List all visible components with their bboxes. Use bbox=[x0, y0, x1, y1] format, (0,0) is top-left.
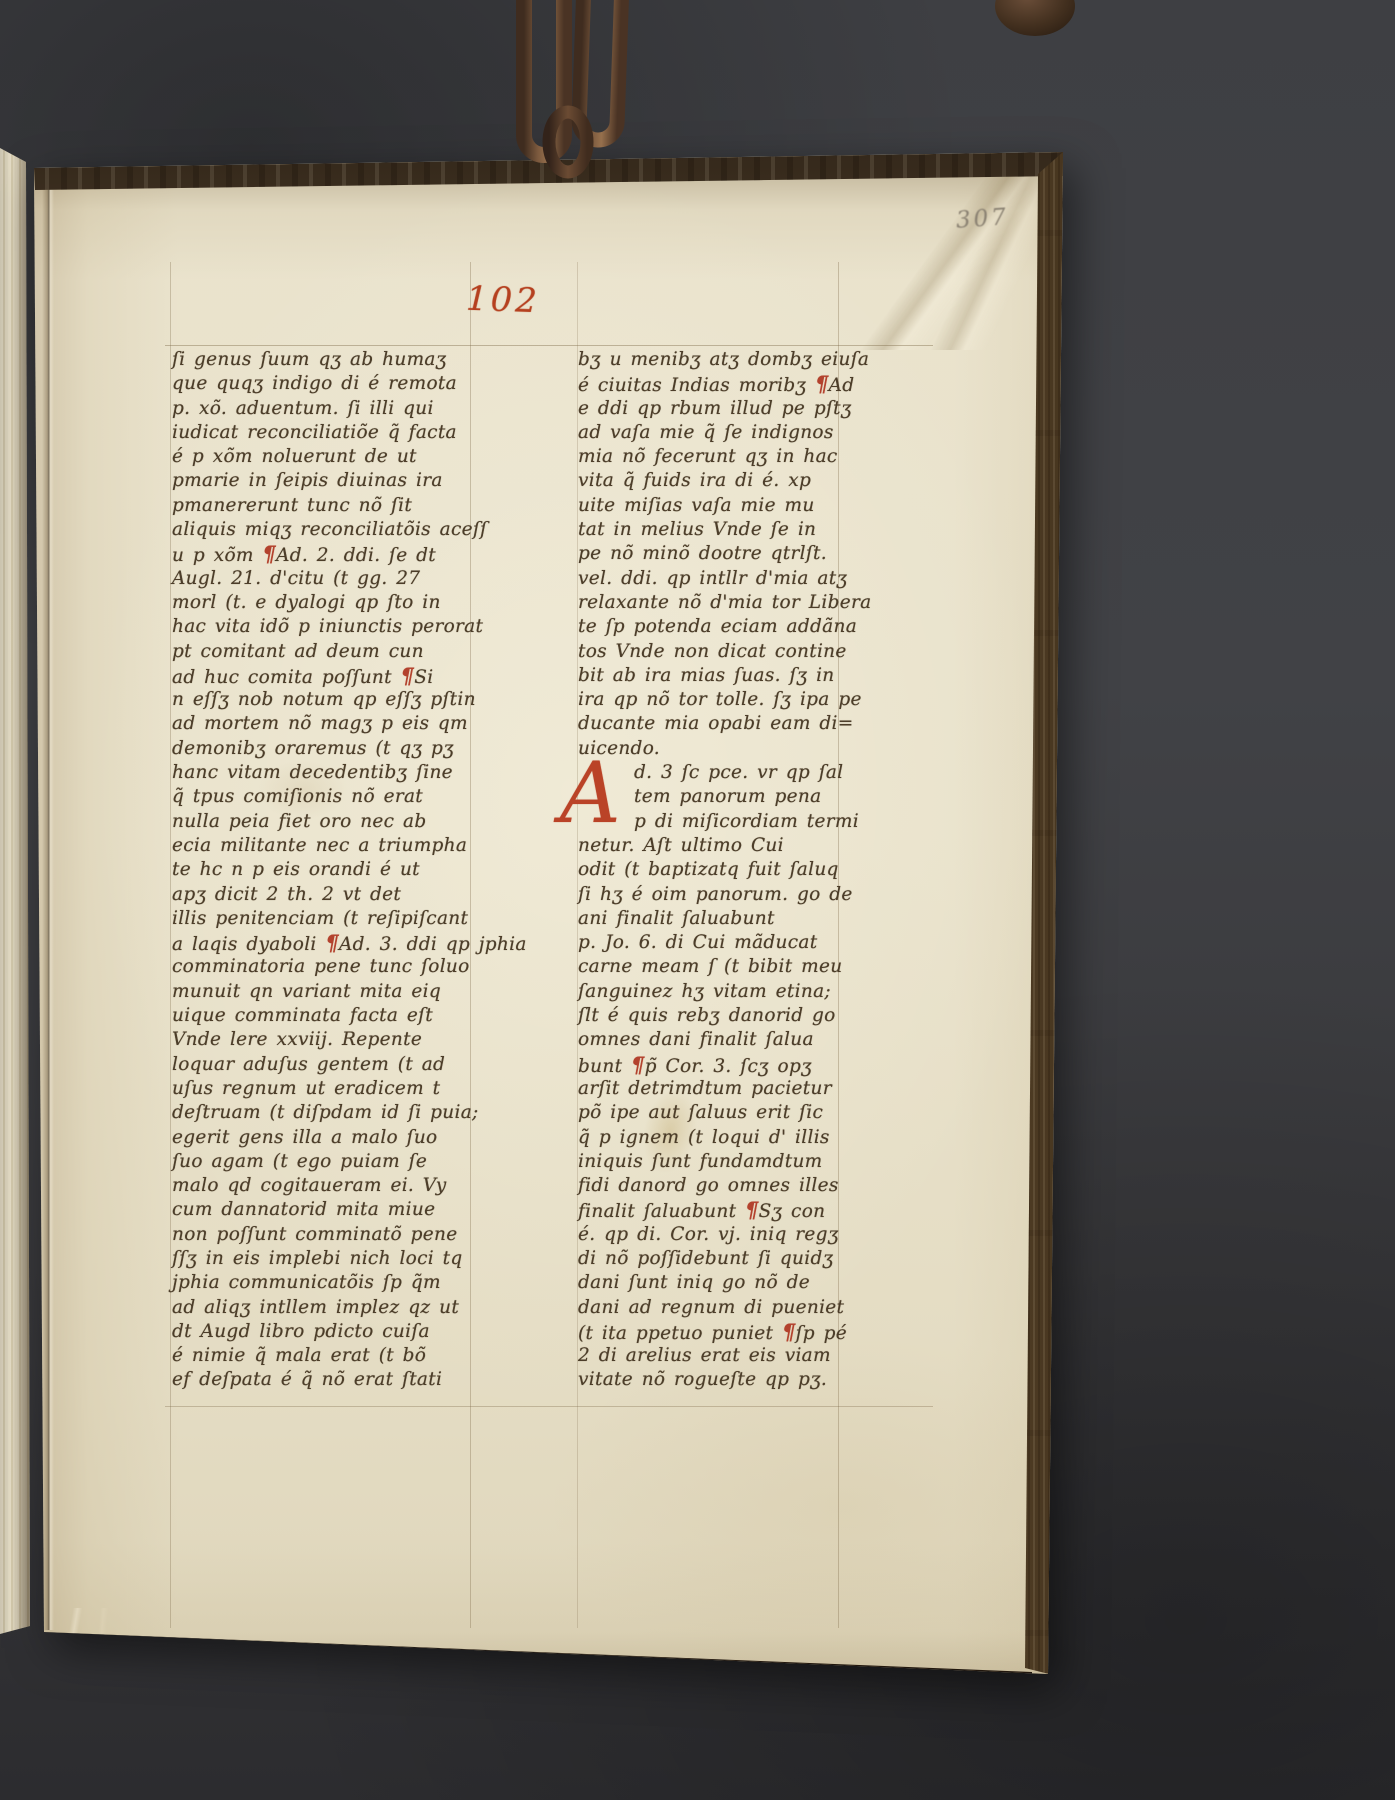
text-line: vitate nõ rogueſte qp pʒ. bbox=[578, 1368, 908, 1392]
handwritten-text: dt Augd libro pdicto cuiſa bbox=[172, 1321, 430, 1342]
text-line: dani ſunt iniq go nõ de bbox=[578, 1271, 908, 1295]
text-line: tos Vnde non dicat contine bbox=[578, 640, 908, 664]
handwritten-text: arſit detrimdtum pacietur bbox=[578, 1078, 832, 1099]
text-line: q̃ tpus comiſionis nõ erat bbox=[172, 785, 502, 809]
text-line: demonibʒ oraremus (t qʒ pʒ bbox=[172, 737, 502, 761]
handwritten-text: ad vaſa mie q̃ ſe indignos bbox=[578, 422, 834, 443]
handwritten-text: odit (t baptizatq fuit ſaluq bbox=[578, 859, 839, 880]
pilcrow-icon: ¶ bbox=[262, 541, 276, 566]
handwritten-text: n eſſʒ nob notum qp eſſʒ pſtin bbox=[172, 689, 476, 710]
text-line: põ ipe aut ſaluus erit ſic bbox=[578, 1101, 908, 1125]
text-line: é. qp di. Cor. vj. iniq regʒ bbox=[578, 1223, 908, 1247]
parchment-page: 102 307 ſi genus ſuum qʒ ab humaʒque quq… bbox=[28, 140, 1073, 1692]
text-line: uſus regnum ut eradicem t bbox=[172, 1077, 502, 1101]
handwritten-text: te hc n p eis orandi é ut bbox=[172, 859, 420, 880]
handwritten-text: ſſʒ in eis implebi nich loci tq bbox=[172, 1248, 463, 1269]
handwritten-text: morl (t. e dyalogi qp ſto in bbox=[172, 592, 441, 613]
text-line: ſuo agam (t ego puiam ſe bbox=[172, 1150, 502, 1174]
handwritten-text: malo qd cogitaueram ei. Vy bbox=[172, 1175, 446, 1196]
ruling-line-horizontal bbox=[165, 345, 933, 346]
text-line: malo qd cogitaueram ei. Vy bbox=[172, 1174, 502, 1198]
pencil-folio-number: 307 bbox=[955, 204, 1010, 234]
text-line: d. 3 ſc pce. vr qp ſal bbox=[634, 761, 908, 785]
handwritten-text: omnes dani finalit ſalua bbox=[578, 1029, 814, 1050]
text-line: uicendo. bbox=[578, 737, 908, 761]
handwritten-text: hac vita idõ p iniunctis perorat bbox=[172, 616, 483, 637]
text-line: p di miſicordiam termi bbox=[634, 810, 908, 834]
text-line: ſi hʒ é oim panorum. go de bbox=[578, 883, 908, 907]
handwritten-text: ira qp nõ tor tolle. ſʒ ipa pe bbox=[578, 689, 862, 710]
handwritten-text: 2 di arelius erat eis viam bbox=[578, 1345, 831, 1366]
handwritten-text: fidi danord go omnes illes bbox=[578, 1175, 839, 1196]
text-line: ad huc comita poſſunt ¶Si bbox=[172, 664, 502, 688]
text-line: arſit detrimdtum pacietur bbox=[578, 1077, 908, 1101]
handwritten-text: nulla peia fiet oro nec ab bbox=[172, 811, 427, 832]
text-line: bit ab ira mias ſuas. ſʒ in bbox=[578, 664, 908, 688]
handwritten-text: Augl. 21. d'citu (t gg. 27 bbox=[172, 568, 420, 589]
rubric-initial: A bbox=[560, 749, 621, 837]
handwritten-text: te ſp potenda eciam addãna bbox=[578, 616, 857, 637]
text-line: dt Augd libro pdicto cuiſa bbox=[172, 1320, 502, 1344]
text-line: egerit gens illa a malo ſuo bbox=[172, 1126, 502, 1150]
handwritten-text: ſi genus ſuum qʒ ab humaʒ bbox=[172, 349, 447, 370]
text-line: hac vita idõ p iniunctis perorat bbox=[172, 615, 502, 639]
handwritten-text: di nõ poſſidebunt ſi quidʒ bbox=[578, 1248, 833, 1269]
handwritten-text: a laqis dyaboli bbox=[172, 934, 325, 955]
handwritten-text: deſtruam (t diſpdam id ſi puia; bbox=[172, 1102, 479, 1123]
text-column-right: A bʒ u menibʒ atʒ dombʒ eiuſaé ciuitas I… bbox=[578, 348, 908, 1393]
handwritten-text: vitate nõ rogueſte qp pʒ. bbox=[578, 1369, 827, 1390]
handwritten-text: bʒ u menibʒ atʒ dombʒ eiuſa bbox=[578, 349, 869, 370]
manuscript-photo: { "photo": { "background_color": "#3a3b3… bbox=[0, 0, 1395, 1800]
handwritten-text: tos Vnde non dicat contine bbox=[578, 641, 847, 662]
handwritten-text: cum dannatorid mita miue bbox=[172, 1199, 435, 1220]
text-line: ſi genus ſuum qʒ ab humaʒ bbox=[172, 348, 502, 372]
handwritten-text: loquar aduſus gentem (t ad bbox=[172, 1054, 445, 1075]
handwritten-text: ef deſpata é q̃ nõ erat ſtati bbox=[172, 1369, 442, 1390]
handwritten-text: pmarie in ſeipis diuinas ira bbox=[172, 470, 443, 491]
text-line: que quqʒ indigo di é remota bbox=[172, 372, 502, 396]
gutter-crease bbox=[42, 180, 54, 1630]
text-line: uique comminata facta eſt bbox=[172, 1004, 502, 1028]
handwritten-text: ſp pé bbox=[796, 1323, 847, 1344]
handwritten-text: dani ad regnum di pueniet bbox=[578, 1297, 844, 1318]
handwritten-text: relaxante nõ d'mia tor Libera bbox=[578, 592, 871, 613]
handwritten-text: pt comitant ad deum cun bbox=[172, 641, 424, 662]
handwritten-text: aliquis miqʒ reconciliatõis aceſſ bbox=[172, 519, 487, 540]
text-line: jphia communicatõis ſp q̃m bbox=[172, 1271, 502, 1295]
text-column-left: ſi genus ſuum qʒ ab humaʒque quqʒ indigo… bbox=[172, 348, 502, 1393]
text-line: ad aliqʒ intllem implez qz ut bbox=[172, 1296, 502, 1320]
text-line: non poſſunt comminatõ pene bbox=[172, 1223, 502, 1247]
text-line: morl (t. e dyalogi qp ſto in bbox=[172, 591, 502, 615]
text-line: Vnde lere xxviij. Repente bbox=[172, 1028, 502, 1052]
handwritten-text: pe nõ minõ dootre qtrlſt. bbox=[578, 543, 827, 564]
text-line: tat in melius Vnde ſe in bbox=[578, 518, 908, 542]
text-line: (t ita ppetuo puniet ¶ſp pé bbox=[578, 1320, 908, 1344]
text-line: vita q̃ fuids ira di é. xp bbox=[578, 469, 908, 493]
pilcrow-icon: ¶ bbox=[401, 663, 415, 688]
ruling-line-vertical bbox=[170, 262, 171, 1628]
handwritten-text: hanc vitam decedentibʒ ſine bbox=[172, 762, 453, 783]
pilcrow-icon: ¶ bbox=[325, 930, 339, 955]
clasp-icon bbox=[985, 0, 1095, 48]
text-line: omnes dani finalit ſalua bbox=[578, 1028, 908, 1052]
handwritten-text: e ddi qp rbum illud pe pſtʒ bbox=[578, 398, 852, 419]
handwritten-text: p. Jo. 6. di Cui mãducat bbox=[578, 932, 818, 953]
handwritten-text: non poſſunt comminatõ pene bbox=[172, 1224, 458, 1245]
handwritten-text: ſi hʒ é oim panorum. go de bbox=[578, 884, 853, 905]
handwritten-text: pmanererunt tunc nõ ſit bbox=[172, 495, 412, 516]
handwritten-text: Ad. 2. ddi. ſe dt bbox=[276, 545, 436, 566]
text-line: tem panorum pena bbox=[634, 785, 908, 809]
text-line: netur. Aſt ultimo Cui bbox=[578, 834, 908, 858]
text-line: pmarie in ſeipis diuinas ira bbox=[172, 469, 502, 493]
ruling-line-horizontal bbox=[165, 1406, 933, 1407]
text-line: apʒ dicit 2 th. 2 vt det bbox=[172, 883, 502, 907]
handwritten-text: ducante mia opabi eam di= bbox=[578, 713, 854, 734]
corner-fold-crease bbox=[858, 170, 1058, 350]
handwritten-text: comminatoria pene tunc ſoluo bbox=[172, 956, 470, 977]
text-line: pe nõ minõ dootre qtrlſt. bbox=[578, 542, 908, 566]
handwritten-text: (t ita ppetuo puniet bbox=[578, 1323, 782, 1344]
handwritten-text: egerit gens illa a malo ſuo bbox=[172, 1127, 437, 1148]
text-line: finalit ſaluabunt ¶Sʒ con bbox=[578, 1198, 908, 1222]
handwritten-text: é ciuitas Indias moribʒ bbox=[578, 375, 815, 396]
text-line: deſtruam (t diſpdam id ſi puia; bbox=[172, 1101, 502, 1125]
handwritten-text: p. xõ. aduentum. ſi illi qui bbox=[172, 398, 434, 419]
handwritten-text: Ad bbox=[829, 375, 855, 396]
handwritten-text: ecia militante nec a triumpha bbox=[172, 835, 467, 856]
text-line: u p xõm ¶Ad. 2. ddi. ſe dt bbox=[172, 542, 502, 566]
text-line: uite miſias vaſa mie mu bbox=[578, 494, 908, 518]
pilcrow-icon: ¶ bbox=[631, 1052, 645, 1077]
text-line: é ciuitas Indias moribʒ ¶Ad bbox=[578, 372, 908, 396]
text-line: ſanguinez hʒ vitam etina; bbox=[578, 980, 908, 1004]
handwritten-text: carne meam ſ (t bibit meu bbox=[578, 956, 842, 977]
text-line: e ddi qp rbum illud pe pſtʒ bbox=[578, 397, 908, 421]
pilcrow-icon: ¶ bbox=[815, 371, 829, 396]
handwritten-text: d. 3 ſc pce. vr qp ſal bbox=[634, 762, 843, 783]
handwritten-text: illis penitenciam (t reſipiſcant bbox=[172, 908, 468, 929]
text-line: q̃ p ignem (t loqui d' illis bbox=[578, 1126, 908, 1150]
book: 102 307 ſi genus ſuum qʒ ab humaʒque quq… bbox=[28, 140, 1073, 1692]
frayed-corner bbox=[38, 1608, 148, 1648]
text-line: ad vaſa mie q̃ ſe indignos bbox=[578, 421, 908, 445]
handwritten-text: vita q̃ fuids ira di é. xp bbox=[578, 470, 811, 491]
handwritten-text: uique comminata facta eſt bbox=[172, 1005, 433, 1026]
chain-icon bbox=[480, 0, 680, 210]
pilcrow-icon: ¶ bbox=[745, 1197, 759, 1222]
handwritten-text: demonibʒ oraremus (t qʒ pʒ bbox=[172, 738, 454, 759]
handwritten-text: vel. ddi. qp intllr d'mia atʒ bbox=[578, 568, 847, 589]
text-line: pt comitant ad deum cun bbox=[172, 640, 502, 664]
handwritten-text: põ ipe aut ſaluus erit ſic bbox=[578, 1102, 823, 1123]
text-line: iniquis ſunt fundamdtum bbox=[578, 1150, 908, 1174]
folio-number: 102 bbox=[465, 279, 540, 322]
handwritten-text: que quqʒ indigo di é remota bbox=[172, 373, 457, 394]
handwritten-text: iniquis ſunt fundamdtum bbox=[578, 1151, 823, 1172]
text-line: aliquis miqʒ reconciliatõis aceſſ bbox=[172, 518, 502, 542]
handwritten-text: munuit qn variant mita eiq bbox=[172, 981, 441, 1002]
text-line: n eſſʒ nob notum qp eſſʒ pſtin bbox=[172, 688, 502, 712]
text-line: relaxante nõ d'mia tor Libera bbox=[578, 591, 908, 615]
handwritten-text: Sʒ con bbox=[759, 1201, 826, 1222]
handwritten-text: Ad. 3. ddi qp jphia bbox=[339, 934, 527, 955]
handwritten-text: ad aliqʒ intllem implez qz ut bbox=[172, 1297, 459, 1318]
text-line: pmanererunt tunc nõ ſit bbox=[172, 494, 502, 518]
text-line: iudicat reconciliatiõe q̃ facta bbox=[172, 421, 502, 445]
handwritten-text: q̃ p ignem (t loqui d' illis bbox=[578, 1127, 830, 1148]
handwritten-text: ad mortem nõ magʒ p eis qm bbox=[172, 713, 468, 734]
handwritten-text: tat in melius Vnde ſe in bbox=[578, 519, 816, 540]
handwritten-text: é. qp di. Cor. vj. iniq regʒ bbox=[578, 1224, 839, 1245]
text-line: dani ad regnum di pueniet bbox=[578, 1296, 908, 1320]
handwritten-text: ani finalit ſaluabunt bbox=[578, 908, 775, 929]
text-line: fidi danord go omnes illes bbox=[578, 1174, 908, 1198]
handwritten-text: mia nõ fecerunt qʒ in hac bbox=[578, 446, 838, 467]
text-line: a laqis dyaboli ¶Ad. 3. ddi qp jphia bbox=[172, 931, 502, 955]
handwritten-text: finalit ſaluabunt bbox=[578, 1201, 745, 1222]
text-line: ad mortem nõ magʒ p eis qm bbox=[172, 712, 502, 736]
handwritten-text: é nimie q̃ mala erat (t bõ bbox=[172, 1345, 426, 1366]
handwritten-text: tem panorum pena bbox=[634, 786, 821, 807]
handwritten-text: dani ſunt iniq go nõ de bbox=[578, 1272, 810, 1293]
text-line: bunt ¶p̃ Cor. 3. ſcʒ opʒ bbox=[578, 1053, 908, 1077]
handwritten-text: bunt bbox=[578, 1056, 631, 1077]
text-line: é p xõm noluerunt de ut bbox=[172, 445, 502, 469]
handwritten-text: uſus regnum ut eradicem t bbox=[172, 1078, 440, 1099]
text-line: illis penitenciam (t reſipiſcant bbox=[172, 907, 502, 931]
handwritten-text: é p xõm noluerunt de ut bbox=[172, 446, 417, 467]
handwritten-text: bit ab ira mias ſuas. ſʒ in bbox=[578, 665, 835, 686]
pilcrow-icon: ¶ bbox=[782, 1319, 796, 1344]
text-line: p. Jo. 6. di Cui mãducat bbox=[578, 931, 908, 955]
text-line: comminatoria pene tunc ſoluo bbox=[172, 955, 502, 979]
handwritten-text: p di miſicordiam termi bbox=[634, 811, 859, 832]
handwritten-text: apʒ dicit 2 th. 2 vt det bbox=[172, 884, 401, 905]
handwritten-text: ad huc comita poſſunt bbox=[172, 667, 401, 688]
text-line: ecia militante nec a triumpha bbox=[172, 834, 502, 858]
text-line: di nõ poſſidebunt ſi quidʒ bbox=[578, 1247, 908, 1271]
text-line: ani finalit ſaluabunt bbox=[578, 907, 908, 931]
text-line: loquar aduſus gentem (t ad bbox=[172, 1053, 502, 1077]
text-line: te ſp potenda eciam addãna bbox=[578, 615, 908, 639]
handwritten-text: ſanguinez hʒ vitam etina; bbox=[578, 981, 831, 1002]
handwritten-text: ſuo agam (t ego puiam ſe bbox=[172, 1151, 427, 1172]
handwritten-text: Vnde lere xxviij. Repente bbox=[172, 1029, 422, 1050]
handwritten-text: p̃ Cor. 3. ſcʒ opʒ bbox=[645, 1056, 812, 1077]
text-line: ira qp nõ tor tolle. ſʒ ipa pe bbox=[578, 688, 908, 712]
handwritten-text: uite miſias vaſa mie mu bbox=[578, 495, 815, 516]
handwritten-text: iudicat reconciliatiõe q̃ facta bbox=[172, 422, 457, 443]
text-line: p. xõ. aduentum. ſi illi qui bbox=[172, 397, 502, 421]
text-line: carne meam ſ (t bibit meu bbox=[578, 955, 908, 979]
text-line: mia nõ fecerunt qʒ in hac bbox=[578, 445, 908, 469]
text-line: é nimie q̃ mala erat (t bõ bbox=[172, 1344, 502, 1368]
text-line: hanc vitam decedentibʒ ſine bbox=[172, 761, 502, 785]
text-line: ſſʒ in eis implebi nich loci tq bbox=[172, 1247, 502, 1271]
handwritten-text: Si bbox=[414, 667, 433, 688]
text-line: ducante mia opabi eam di= bbox=[578, 712, 908, 736]
text-line: munuit qn variant mita eiq bbox=[172, 980, 502, 1004]
text-line: 2 di arelius erat eis viam bbox=[578, 1344, 908, 1368]
text-line: te hc n p eis orandi é ut bbox=[172, 858, 502, 882]
handwritten-text: jphia communicatõis ſp q̃m bbox=[172, 1272, 441, 1293]
handwritten-text: u p xõm bbox=[172, 545, 262, 566]
text-line: odit (t baptizatq fuit ſaluq bbox=[578, 858, 908, 882]
text-line: ſlt é quis rebʒ danorid go bbox=[578, 1004, 908, 1028]
text-line: cum dannatorid mita miue bbox=[172, 1198, 502, 1222]
text-line: Augl. 21. d'citu (t gg. 27 bbox=[172, 567, 502, 591]
text-line: ef deſpata é q̃ nõ erat ſtati bbox=[172, 1368, 502, 1392]
facing-page-edge bbox=[0, 148, 30, 1638]
handwritten-text: ſlt é quis rebʒ danorid go bbox=[578, 1005, 836, 1026]
text-line: vel. ddi. qp intllr d'mia atʒ bbox=[578, 567, 908, 591]
text-line: nulla peia fiet oro nec ab bbox=[172, 810, 502, 834]
text-line: bʒ u menibʒ atʒ dombʒ eiuſa bbox=[578, 348, 908, 372]
handwritten-text: q̃ tpus comiſionis nõ erat bbox=[172, 786, 423, 807]
